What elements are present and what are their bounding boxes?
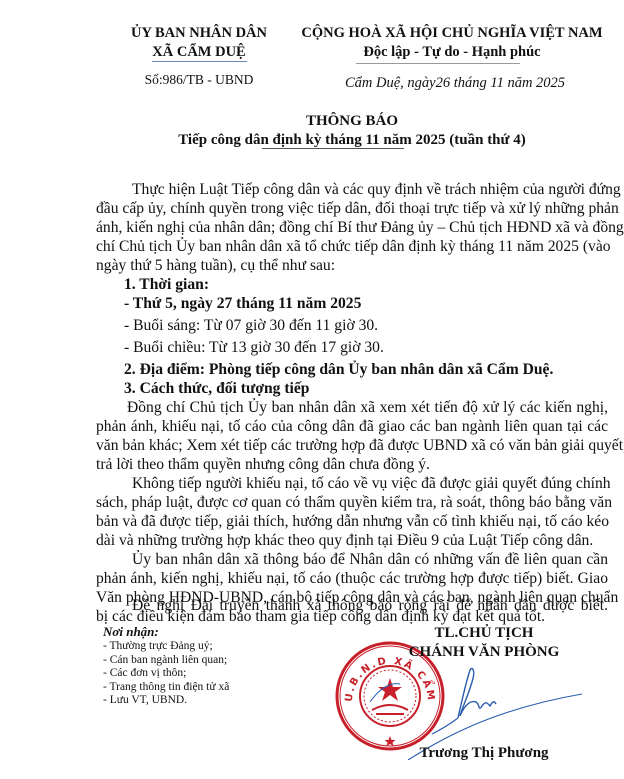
paragraph-3-line: phản ánh, kiến nghị, khiếu nại, tố cáo (…: [96, 569, 608, 588]
section-1-afternoon: - Buổi chiều: Từ 13 giờ 30 đến 17 giờ 30…: [124, 338, 624, 357]
recipients-label: Nơi nhận:: [103, 624, 303, 640]
intro-line: ngày thứ 5 hàng tuần), cụ thể như sau:: [96, 256, 608, 275]
recipient-item: - Các đơn vị thôn;: [103, 667, 303, 681]
recipient-item: - Lưu VT, UBND.: [103, 694, 303, 708]
agency-line-2: XÃ CẨM DUỆ: [104, 43, 294, 62]
recipient-item: - Thường trực Đảng uỷ;: [103, 640, 303, 654]
paragraph-4: Đề nghị Đài truyền thanh xã thông báo rộ…: [96, 596, 608, 615]
paragraph-2-line: dài và những trường hợp khác theo quy đị…: [96, 531, 608, 550]
intro-line: đầu cấp ủy, chính quyền trong việc tiếp …: [96, 199, 608, 218]
paragraph-1-line: Đồng chí Chủ tịch Ủy ban nhân dân xã xem…: [96, 398, 608, 417]
agency-underline: [152, 61, 247, 62]
paragraph-3-line: Ủy ban nhân dân xã thông báo để Nhân dân…: [96, 550, 608, 569]
intro-line: Thực hiện Luật Tiếp công dân và các quy …: [96, 180, 608, 199]
paragraph-1-line: trả lời theo thẩm quyền nhưng công dân c…: [96, 455, 608, 474]
section-1-heading: 1. Thời gian:: [124, 275, 624, 294]
section-2-location: 2. Địa điểm: Phòng tiếp công dân Ủy ban …: [124, 360, 624, 379]
title-type: THÔNG BÁO: [96, 112, 608, 131]
place-date: Cẩm Duệ, ngày26 tháng 11 năm 2025: [345, 75, 624, 92]
signature-authority: TL.CHỦ TỊCH: [384, 624, 584, 643]
paragraph-2-line: Không tiếp người khiếu nại, tố cáo về vụ…: [96, 474, 608, 493]
section-1-morning: - Buổi sáng: Từ 07 giờ 30 đến 11 giờ 30.: [124, 316, 624, 335]
signer-name: Trương Thị Phương: [384, 744, 584, 763]
paragraph-1-line: văn bản khác; Xem xét tiếp các trường hợ…: [96, 436, 608, 455]
recipient-item: - Trang thông tin điện tử xã: [103, 681, 303, 695]
section-1-date: - Thứ 5, ngày 27 tháng 11 năm 2025: [124, 294, 624, 313]
agency-line-1: ỦY BAN NHÂN DÂN: [104, 24, 294, 43]
agency-name: ỦY BAN NHÂN DÂN XÃ CẨM DUỆ: [104, 24, 294, 62]
title-underline: [262, 148, 404, 149]
national-header: CỘNG HOÀ XÃ HỘI CHỦ NGHĨA VIỆT NAM Độc l…: [292, 24, 612, 62]
intro-line: chí Chủ tịch Ủy ban nhân dân xã tổ chức …: [96, 237, 608, 256]
document-title: THÔNG BÁO Tiếp công dân định kỳ tháng 11…: [96, 112, 608, 150]
paragraph-1-line: phản ánh, khiếu nại, tố cáo của công dân…: [96, 417, 608, 436]
motto-underline: [356, 63, 520, 64]
recipients-block: Nơi nhận: - Thường trực Đảng uỷ; - Cán b…: [103, 624, 303, 708]
paragraph-2-line: sách, pháp luật, được cơ quan có thẩm qu…: [96, 493, 608, 512]
section-3-heading: 3. Cách thức, đối tượng tiếp: [124, 379, 624, 398]
recipient-item: - Cán ban ngành liên quan;: [103, 654, 303, 668]
national-motto: Độc lập - Tự do - Hạnh phúc: [292, 43, 612, 62]
national-title: CỘNG HOÀ XÃ HỘI CHỦ NGHĨA VIỆT NAM: [292, 24, 612, 43]
signature-title: TL.CHỦ TỊCH CHÁNH VĂN PHÒNG: [384, 624, 584, 662]
paragraph-2-line: bản và đã được tiếp, giải thích, hướng d…: [96, 512, 608, 531]
intro-line: ánh, kiến nghị của nhân dân; đồng chí Bí…: [96, 218, 608, 237]
document-number: Số:986/TB - UBND: [104, 72, 294, 88]
